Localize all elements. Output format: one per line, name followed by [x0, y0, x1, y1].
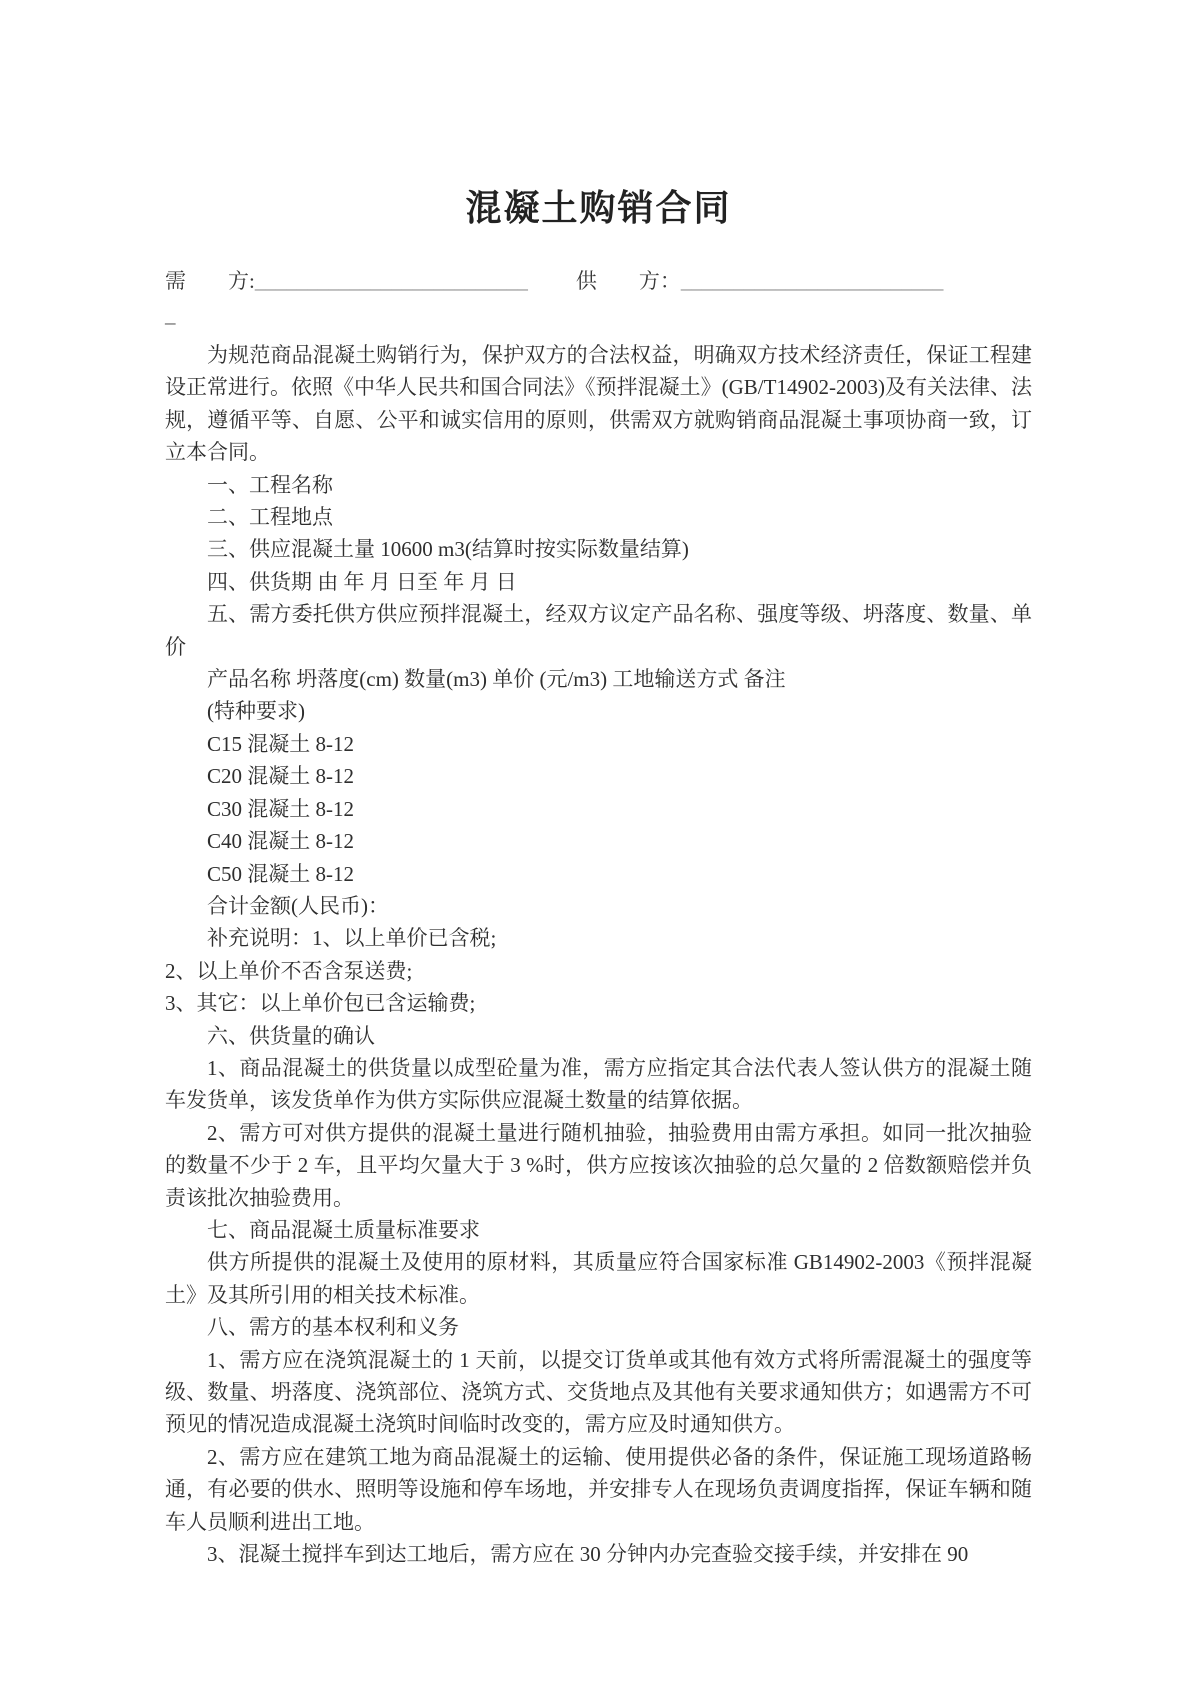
- paragraph: 补充说明：1、以上单价已含税;: [165, 922, 1032, 954]
- paragraph: 2、需方应在建筑工地为商品混凝土的运输、使用提供必备的条件，保证施工现场道路畅通…: [165, 1441, 1032, 1538]
- paragraph: 产品名称 坍落度(cm) 数量(m3) 单价 (元/m3) 工地输送方式 备注: [165, 663, 1032, 695]
- parties-line: 需 方:__________________________供 方：______…: [165, 265, 1032, 297]
- supplier-label: 供 方：: [576, 269, 681, 293]
- paragraph: 四、供货期 由 年 月 日至 年 月 日: [165, 566, 1032, 598]
- paragraph: C40 混凝土 8-12: [165, 825, 1032, 857]
- supplier-segment: 供 方：_________________________: [576, 269, 944, 293]
- document-page: 混凝土购销合同 需 方:__________________________供 …: [0, 0, 1190, 1683]
- paragraph: C15 混凝土 8-12: [165, 728, 1032, 760]
- paragraph: 一、工程名称: [165, 469, 1032, 501]
- paragraph: 供方所提供的混凝土及使用的原材料，其质量应符合国家标准 GB14902-2003…: [165, 1246, 1032, 1311]
- supplier-blank-field: _________________________: [681, 269, 944, 293]
- paragraph: C20 混凝土 8-12: [165, 760, 1032, 792]
- demander-blank-field: __________________________: [255, 269, 528, 293]
- paragraph: 1、商品混凝土的供货量以成型砼量为准，需方应指定其合法代表人签认供方的混凝土随车…: [165, 1052, 1032, 1117]
- paragraph: C30 混凝土 8-12: [165, 793, 1032, 825]
- paragraph: 二、工程地点: [165, 501, 1032, 533]
- paragraph: 为规范商品混凝土购销行为，保护双方的合法权益，明确双方技术经济责任，保证工程建设…: [165, 339, 1032, 469]
- paragraph: 3、其它：以上单价包已含运输费;: [165, 987, 1032, 1019]
- paragraph: C50 混凝土 8-12: [165, 858, 1032, 890]
- paragraph: 2、需方可对供方提供的混凝土量进行随机抽验，抽验费用由需方承担。如同一批次抽验的…: [165, 1117, 1032, 1214]
- demander-label: 需 方:: [165, 269, 255, 293]
- paragraph: 三、供应混凝土量 10600 m3(结算时按实际数量结算): [165, 533, 1032, 565]
- contract-body: 为规范商品混凝土购销行为，保护双方的合法权益，明确双方技术经济责任，保证工程建设…: [165, 339, 1032, 1570]
- paragraph: 八、需方的基本权利和义务: [165, 1311, 1032, 1343]
- paragraph: 2、以上单价不否含泵送费;: [165, 955, 1032, 987]
- paragraph: 五、需方委托供方供应预拌混凝土，经双方议定产品名称、强度等级、坍落度、数量、单价: [165, 598, 1032, 663]
- stray-dash-mark: –: [165, 307, 1032, 337]
- paragraph: (特种要求): [165, 695, 1032, 727]
- paragraph: 1、需方应在浇筑混凝土的 1 天前，以提交订货单或其他有效方式将所需混凝土的强度…: [165, 1344, 1032, 1441]
- paragraph: 合计金额(人民币)：: [165, 890, 1032, 922]
- document-content: 混凝土购销合同 需 方:__________________________供 …: [0, 0, 1190, 1570]
- paragraph: 六、供货量的确认: [165, 1020, 1032, 1052]
- page-title: 混凝土购销合同: [165, 180, 1032, 231]
- paragraph: 3、混凝土搅拌车到达工地后，需方应在 30 分钟内办完查验交接手续，并安排在 9…: [165, 1538, 1032, 1570]
- paragraph: 七、商品混凝土质量标准要求: [165, 1214, 1032, 1246]
